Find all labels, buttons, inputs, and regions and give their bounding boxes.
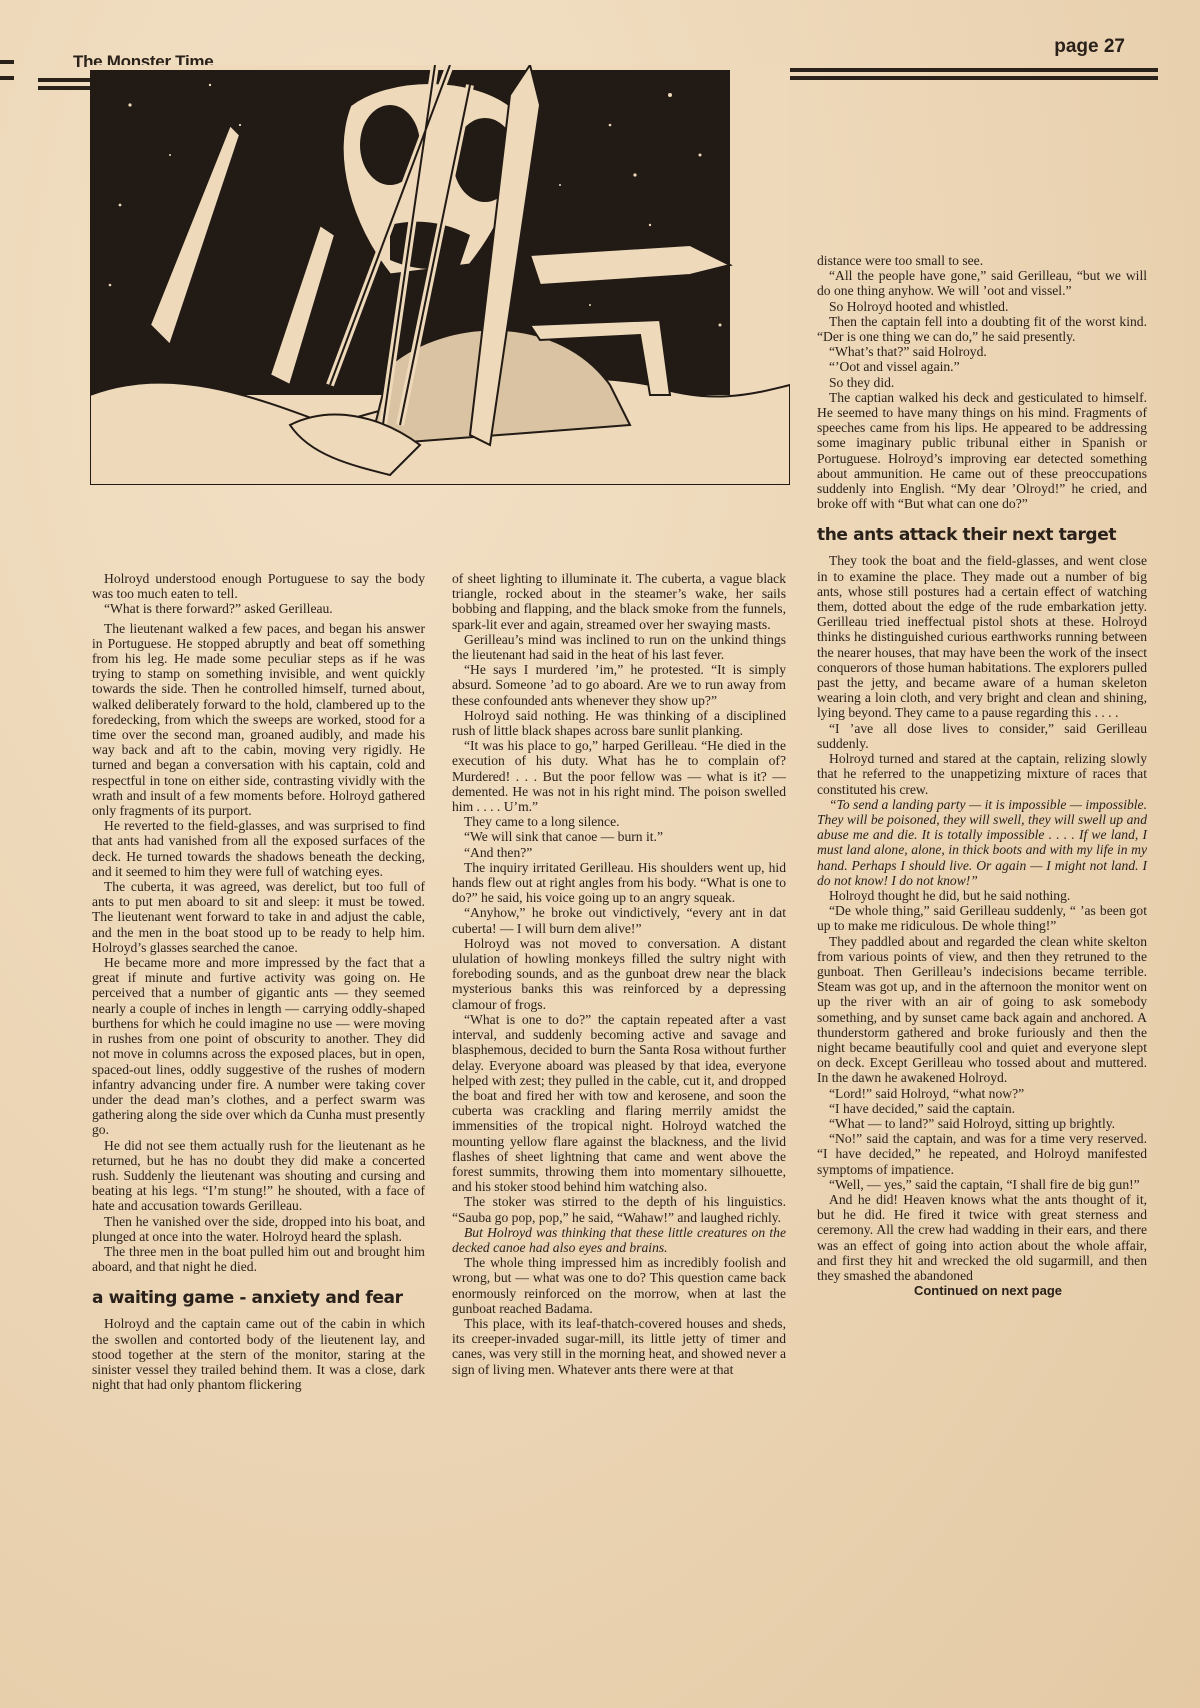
paragraph: distance were too small to see. — [817, 253, 1147, 268]
paragraph: Then he vanished over the side, dropped … — [92, 1214, 425, 1244]
paragraph: “I ’ave all dose lives to consider,” sai… — [817, 721, 1147, 751]
paragraph: This place, with its leaf-thatch-covered… — [452, 1316, 786, 1377]
paragraph: Holroyd turned and stared at the captain… — [817, 751, 1147, 797]
paragraph: They took the boat and the field-glasses… — [817, 553, 1147, 720]
paragraph: “Well, — yes,” said the captain, “I shal… — [817, 1177, 1147, 1192]
paragraph: “It was his place to go,” harped Gerille… — [452, 738, 786, 814]
article-column-2: of sheet lighting to illuminate it. The … — [452, 571, 786, 1377]
paragraph: They came to a long silence. — [452, 814, 786, 829]
alien-ant-icon — [90, 65, 790, 485]
paragraph: They paddled about and regarded the clea… — [817, 934, 1147, 1086]
paragraph: Holroyd understood enough Portuguese to … — [92, 571, 425, 601]
paragraph: “’Oot and vissel again.” — [817, 359, 1147, 374]
paragraph: “And then?” — [452, 845, 786, 860]
paragraph: “De whole thing,” said Gerilleau suddenl… — [817, 903, 1147, 933]
continued-link[interactable]: Continued on next page — [817, 1283, 1147, 1298]
paragraph: “What’s that?” said Holroyd. — [817, 344, 1147, 359]
paragraph: He did not see them actually rush for th… — [92, 1138, 425, 1214]
paragraph: So Holroyd hooted and whistled. — [817, 299, 1147, 314]
page-edge-mark — [0, 60, 14, 80]
paragraph: “He says I murdered ’im,” he protested. … — [452, 662, 786, 708]
paragraph: “All the people have gone,” said Gerille… — [817, 268, 1147, 298]
paragraph: He became more and more impressed by the… — [92, 955, 425, 1137]
paragraph: The three men in the boat pulled him out… — [92, 1244, 425, 1274]
paragraph: Gerilleau’s mind was inclined to run on … — [452, 632, 786, 662]
paragraph: The whole thing impressed him as incredi… — [452, 1255, 786, 1316]
paragraph: The captian walked his deck and gesticul… — [817, 390, 1147, 512]
paragraph: “What — to land?” said Holroyd, sitting … — [817, 1116, 1147, 1131]
paragraph: of sheet lighting to illuminate it. The … — [452, 571, 786, 632]
paragraph: Then the captain fell into a doubting fi… — [817, 314, 1147, 344]
paragraph: Holroyd was not moved to conversation. A… — [452, 936, 786, 1012]
article-column-3: distance were too small to see. “All the… — [817, 253, 1147, 1298]
paragraph: “We will sink that canoe — burn it.” — [452, 829, 786, 844]
paragraph: “Anyhow,” he broke out vindictively, “ev… — [452, 905, 786, 935]
paragraph: He reverted to the field-glasses, and wa… — [92, 818, 425, 879]
paragraph: So they did. — [817, 375, 1147, 390]
paragraph: “To send a landing party — it is impossi… — [817, 797, 1147, 888]
paragraph: “Lord!” said Holroyd, “what now?” — [817, 1086, 1147, 1101]
paragraph: “I have decided,” said the captain. — [817, 1101, 1147, 1116]
section-heading-ants-attack: the ants attack their next target — [817, 525, 1147, 545]
paragraph: The lieutenant walked a few paces, and b… — [92, 621, 425, 819]
paragraph-italic: But Holroyd was thinking that these litt… — [452, 1225, 786, 1255]
paragraph: “No!” said the captain, and was for a ti… — [817, 1131, 1147, 1177]
section-heading-waiting-game: a waiting game - anxiety and fear — [92, 1288, 425, 1308]
paragraph: The cuberta, it was agreed, was derelict… — [92, 879, 425, 955]
paragraph: “What is one to do?” the captain repeate… — [452, 1012, 786, 1194]
header-rule-left-2 — [38, 86, 90, 90]
paragraph: Holroyd said nothing. He was thinking of… — [452, 708, 786, 738]
paragraph: Holroyd thought he did, but he said noth… — [817, 888, 1147, 903]
paragraph: “What is there forward?” asked Gerilleau… — [92, 601, 425, 616]
paragraph: The stoker was stirred to the depth of h… — [452, 1194, 786, 1224]
ant-monster-illustration — [90, 65, 790, 485]
page-number: page 27 — [1054, 36, 1125, 58]
paragraph: Holroyd and the captain came out of the … — [92, 1316, 425, 1392]
article-column-1: Holroyd understood enough Portuguese to … — [92, 571, 425, 1392]
paragraph: The inquiry irritated Gerilleau. His sho… — [452, 860, 786, 906]
paragraph: And he did! Heaven knows what the ants t… — [817, 1192, 1147, 1283]
